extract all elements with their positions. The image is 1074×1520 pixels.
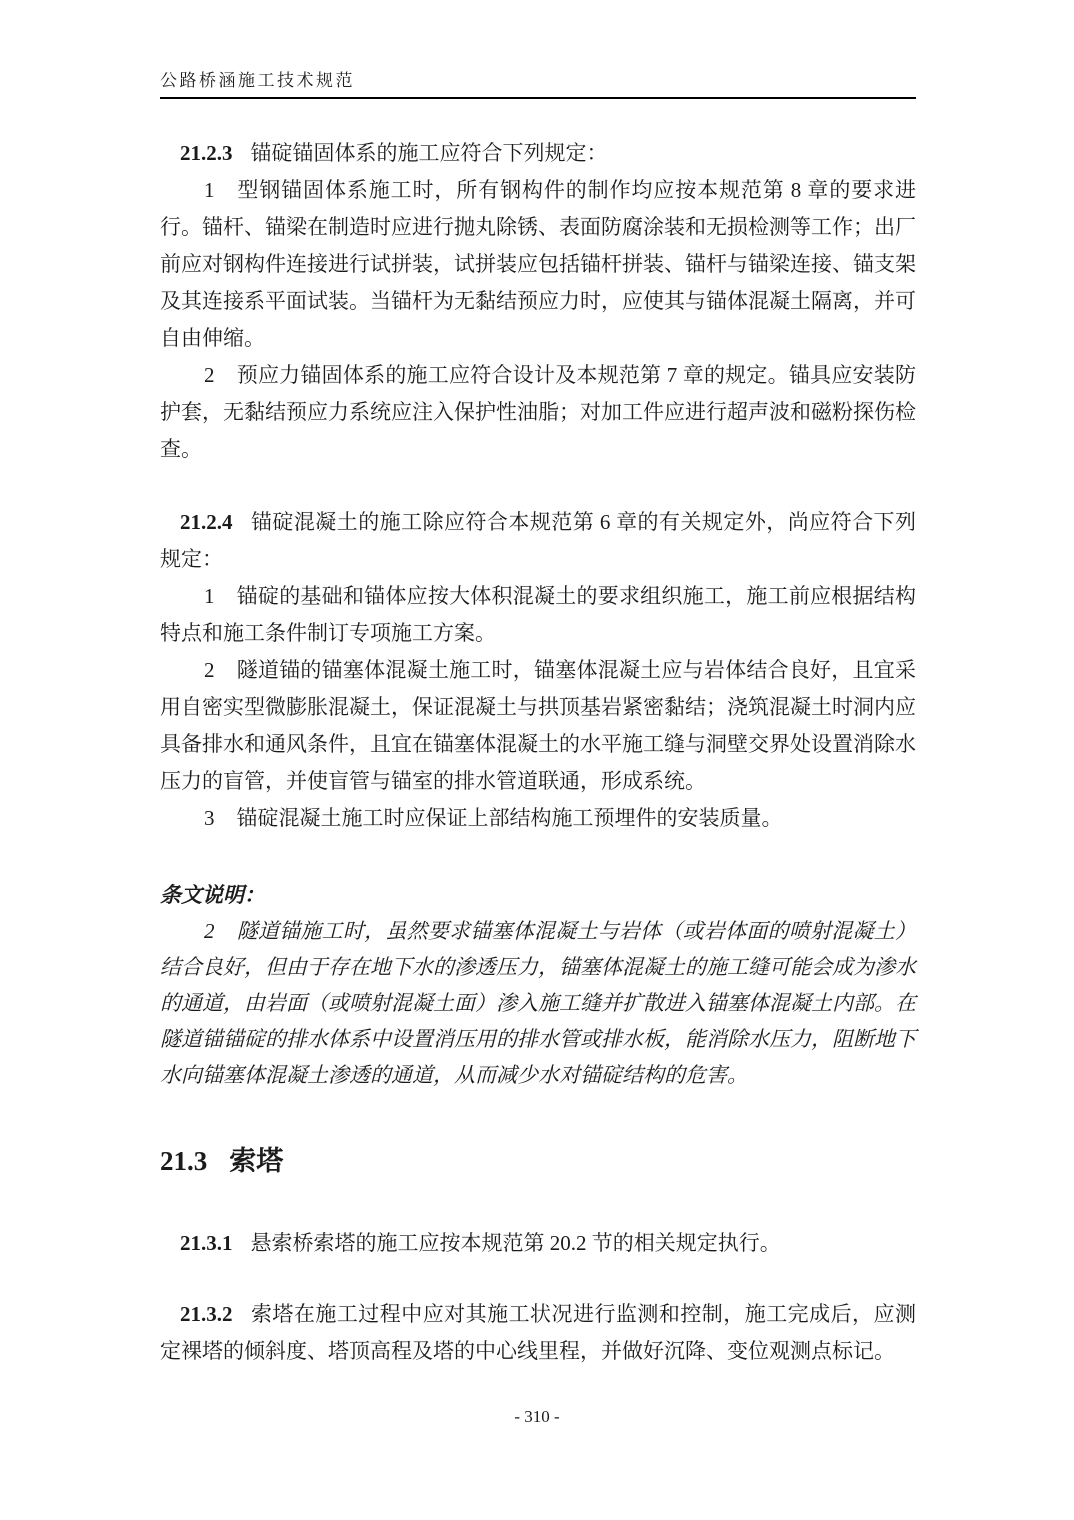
item-number: 2 (204, 919, 215, 943)
commentary-label: 条文说明： (160, 877, 916, 913)
running-header-title: 公路桥涵施工技术规范 (160, 70, 916, 92)
clause-21-2-4-number: 21.2.4 (180, 510, 233, 534)
clause-21-3-2-number: 21.3.2 (180, 1302, 233, 1326)
item-number: 1 (204, 584, 215, 608)
item-text: 锚碇的基础和锚体应按大体积混凝土的要求组织施工，施工前应根据结构特点和施工条件制… (160, 584, 916, 645)
page-number: - 310 - (514, 1407, 559, 1426)
item-text: 锚碇混凝土施工时应保证上部结构施工预埋件的安装质量。 (237, 806, 783, 830)
item-number: 1 (204, 178, 215, 202)
item-number: 2 (204, 363, 215, 387)
clause-21-2-4-title: 锚碇混凝土的施工除应符合本规范第 6 章的有关规定外，尚应符合下列规定： (160, 510, 916, 571)
document-page: 公路桥涵施工技术规范 21.2.3锚碇锚固体系的施工应符合下列规定： 1型钢锚固… (0, 0, 1074, 1520)
item-text: 预应力锚固体系的施工应符合设计及本规范第 7 章的规定。锚具应安装防护套，无黏结… (160, 363, 916, 461)
clause-21-2-4-item-2: 2隧道锚的锚塞体混凝土施工时，锚塞体混凝土应与岩体结合良好，且宜采用自密实型微膨… (160, 652, 916, 800)
section-21-3-number: 21.3 (160, 1146, 207, 1176)
page-footer: - 310 - (0, 1406, 1074, 1428)
section-21-3-title: 索塔 (229, 1146, 283, 1176)
clause-21-3-2-text: 索塔在施工过程中应对其施工状况进行监测和控制，施工完成后，应测定裸塔的倾斜度、塔… (160, 1302, 916, 1363)
item-text: 型钢锚固体系施工时，所有钢构件的制作均应按本规范第 8 章的要求进行。锚杆、锚梁… (160, 178, 916, 350)
item-text: 隧道锚的锚塞体混凝土施工时，锚塞体混凝土应与岩体结合良好，且宜采用自密实型微膨胀… (160, 658, 916, 793)
clause-21-2-4-item-3: 3锚碇混凝土施工时应保证上部结构施工预埋件的安装质量。 (160, 800, 916, 837)
clause-21-2-3-item-2: 2预应力锚固体系的施工应符合设计及本规范第 7 章的规定。锚具应安装防护套，无黏… (160, 357, 916, 468)
page-body: 21.2.3锚碇锚固体系的施工应符合下列规定： 1型钢锚固体系施工时，所有钢构件… (160, 135, 916, 1370)
commentary-item-2: 2隧道锚施工时，虽然要求锚塞体混凝土与岩体（或岩体面的喷射混凝土）结合良好，但由… (160, 913, 916, 1093)
running-header: 公路桥涵施工技术规范 (160, 70, 916, 99)
section-21-3-heading: 21.3索塔 (160, 1141, 916, 1181)
clause-21-2-3-number: 21.2.3 (180, 141, 233, 165)
clause-21-2-3-item-1: 1型钢锚固体系施工时，所有钢构件的制作均应按本规范第 8 章的要求进行。锚杆、锚… (160, 172, 916, 357)
clause-21-3-1-number: 21.3.1 (180, 1231, 233, 1255)
item-number: 3 (204, 806, 215, 830)
clause-21-2-4-heading: 21.2.4锚碇混凝土的施工除应符合本规范第 6 章的有关规定外，尚应符合下列规… (160, 504, 916, 578)
clause-21-2-3-heading: 21.2.3锚碇锚固体系的施工应符合下列规定： (160, 135, 916, 172)
item-number: 2 (204, 658, 215, 682)
item-text: 隧道锚施工时，虽然要求锚塞体混凝土与岩体（或岩体面的喷射混凝土）结合良好，但由于… (160, 919, 916, 1087)
clause-21-2-3-title: 锚碇锚固体系的施工应符合下列规定： (251, 141, 608, 165)
clause-21-3-2: 21.3.2索塔在施工过程中应对其施工状况进行监测和控制，施工完成后，应测定裸塔… (160, 1296, 916, 1370)
clause-21-3-1-text: 悬索桥索塔的施工应按本规范第 20.2 节的相关规定执行。 (251, 1231, 781, 1255)
clause-21-3-1: 21.3.1悬索桥索塔的施工应按本规范第 20.2 节的相关规定执行。 (160, 1225, 916, 1262)
clause-21-2-4-item-1: 1锚碇的基础和锚体应按大体积混凝土的要求组织施工，施工前应根据结构特点和施工条件… (160, 578, 916, 652)
